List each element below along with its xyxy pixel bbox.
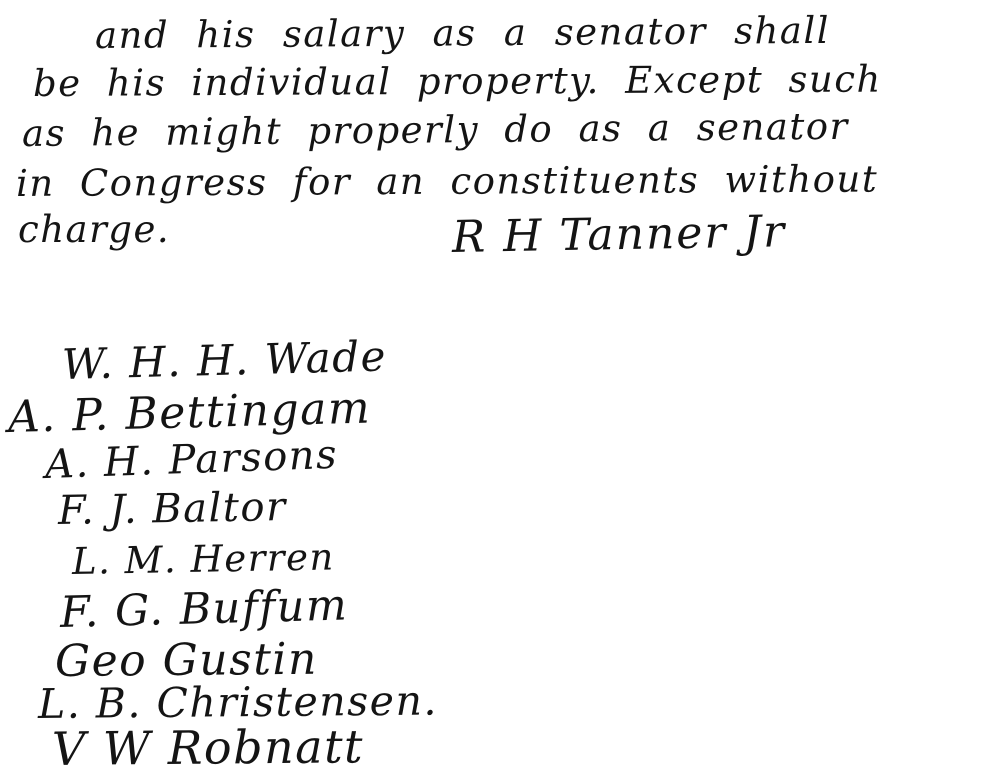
manuscript-page: and his salary as a senator shall be his…: [0, 0, 1000, 782]
handwriting-line-2: be his individual property. Except such: [33, 58, 882, 105]
signature-parsons: A. H. Parsons: [44, 432, 339, 488]
handwriting-line-5: charge.: [18, 208, 170, 251]
handwriting-line-1: and his salary as a senator shall: [95, 9, 830, 57]
handwriting-line-4: in Congress for an constituents without: [16, 157, 878, 205]
signature-buffum: F. G. Buffum: [59, 580, 348, 638]
closing-signature-tanner: R H Tanner Jr: [452, 206, 787, 263]
signature-baltor: F. J. Baltor: [58, 484, 287, 534]
handwriting-line-3: as he might properly do as a senator: [22, 105, 849, 155]
signature-herren: L. M. Herren: [72, 535, 335, 583]
signature-robnatt: V W Robnatt: [52, 719, 365, 776]
signature-wade: W. H. H. Wade: [61, 332, 387, 389]
